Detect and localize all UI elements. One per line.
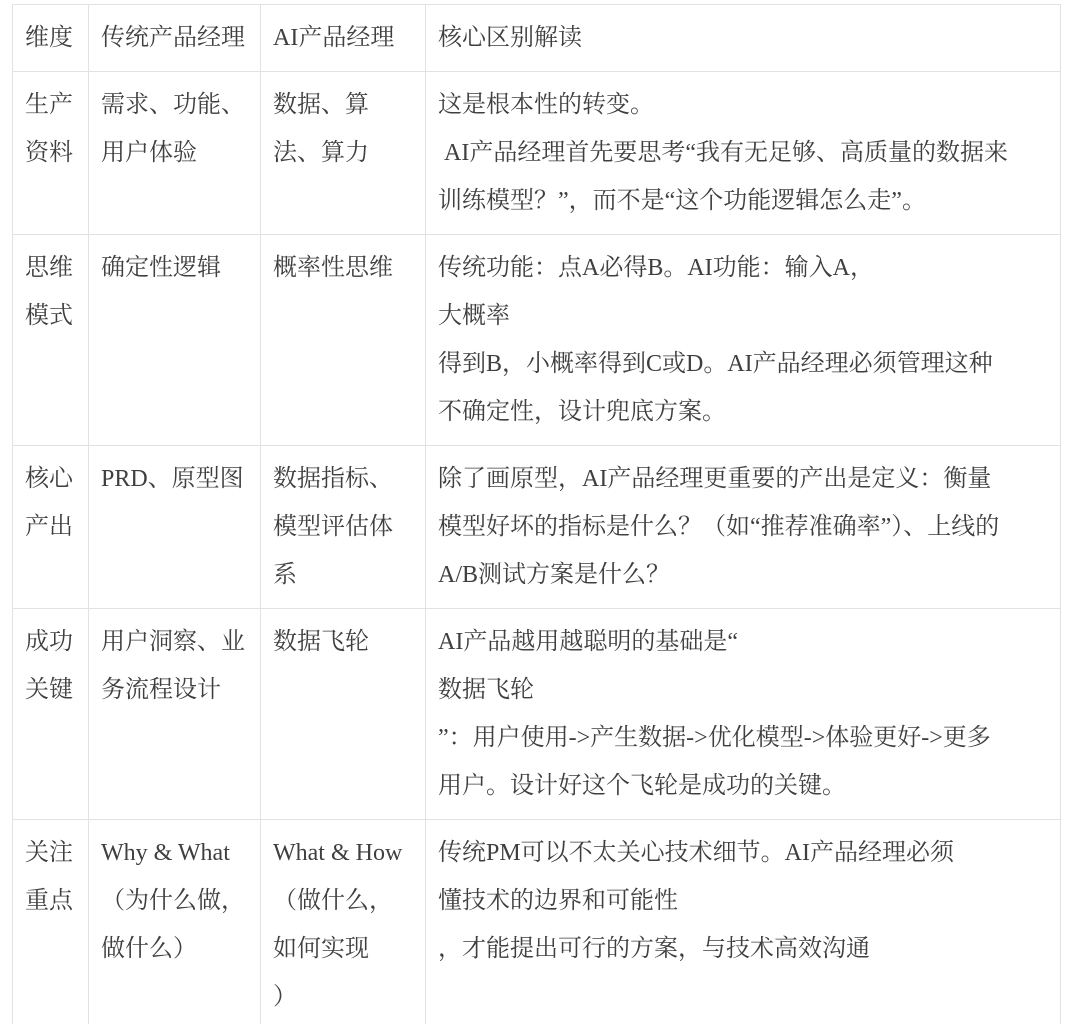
cell-dimension: 生产 资料 [13,72,89,235]
cell-traditional-pm: 确定性逻辑 [89,235,261,446]
cell-interpretation: 这是根本性的转变。 AI产品经理首先要思考“我有无足够、高质量的数据来 训练模型… [426,72,1061,235]
cell-interpretation: AI产品越用越聪明的基础是“ 数据飞轮 ”：用户使用->产生数据->优化模型->… [426,609,1061,820]
cell-dimension: 核心 产出 [13,446,89,609]
cell-dimension: 关注 重点 [13,820,89,1024]
cell-dimension: 成功 关键 [13,609,89,820]
cell-traditional-pm: Why & What （为什么做， 做什么） [89,820,261,1024]
cell-traditional-pm: 需求、功能、 用户体验 [89,72,261,235]
table-row: 核心 产出 PRD、原型图 数据指标、 模型评估体 系 除了画原型，AI产品经理… [13,446,1061,609]
cell-dimension: 思维 模式 [13,235,89,446]
table-row: 成功 关键 用户洞察、业 务流程设计 数据飞轮 AI产品越用越聪明的基础是“ 数… [13,609,1061,820]
comparison-table: 维度 传统产品经理 AI产品经理 核心区别解读 生产 资料 需求、功能、 用户体… [12,4,1061,1024]
header-cell-ai-pm: AI产品经理 [261,5,426,72]
cell-traditional-pm: PRD、原型图 [89,446,261,609]
header-cell-interpretation: 核心区别解读 [426,5,1061,72]
cell-ai-pm: 数据指标、 模型评估体 系 [261,446,426,609]
cell-ai-pm: 数据飞轮 [261,609,426,820]
table-row: 思维 模式 确定性逻辑 概率性思维 传统功能：点A必得B。AI功能：输入A， 大… [13,235,1061,446]
cell-ai-pm: 数据、算 法、算力 [261,72,426,235]
header-cell-traditional-pm: 传统产品经理 [89,5,261,72]
cell-traditional-pm: 用户洞察、业 务流程设计 [89,609,261,820]
cell-interpretation: 除了画原型，AI产品经理更重要的产出是定义：衡量 模型好坏的指标是什么？（如“推… [426,446,1061,609]
table-row: 生产 资料 需求、功能、 用户体验 数据、算 法、算力 这是根本性的转变。 AI… [13,72,1061,235]
table-row: 关注 重点 Why & What （为什么做， 做什么） What & How … [13,820,1061,1024]
header-cell-dimension: 维度 [13,5,89,72]
cell-ai-pm: What & How （做什么， 如何实现 ） [261,820,426,1024]
header-row: 维度 传统产品经理 AI产品经理 核心区别解读 [13,5,1061,72]
cell-interpretation: 传统PM可以不太关心技术细节。AI产品经理必须 懂技术的边界和可能性 ，才能提出… [426,820,1061,1024]
cell-interpretation: 传统功能：点A必得B。AI功能：输入A， 大概率 得到B，小概率得到C或D。AI… [426,235,1061,446]
page: 维度 传统产品经理 AI产品经理 核心区别解读 生产 资料 需求、功能、 用户体… [0,0,1072,1024]
cell-ai-pm: 概率性思维 [261,235,426,446]
